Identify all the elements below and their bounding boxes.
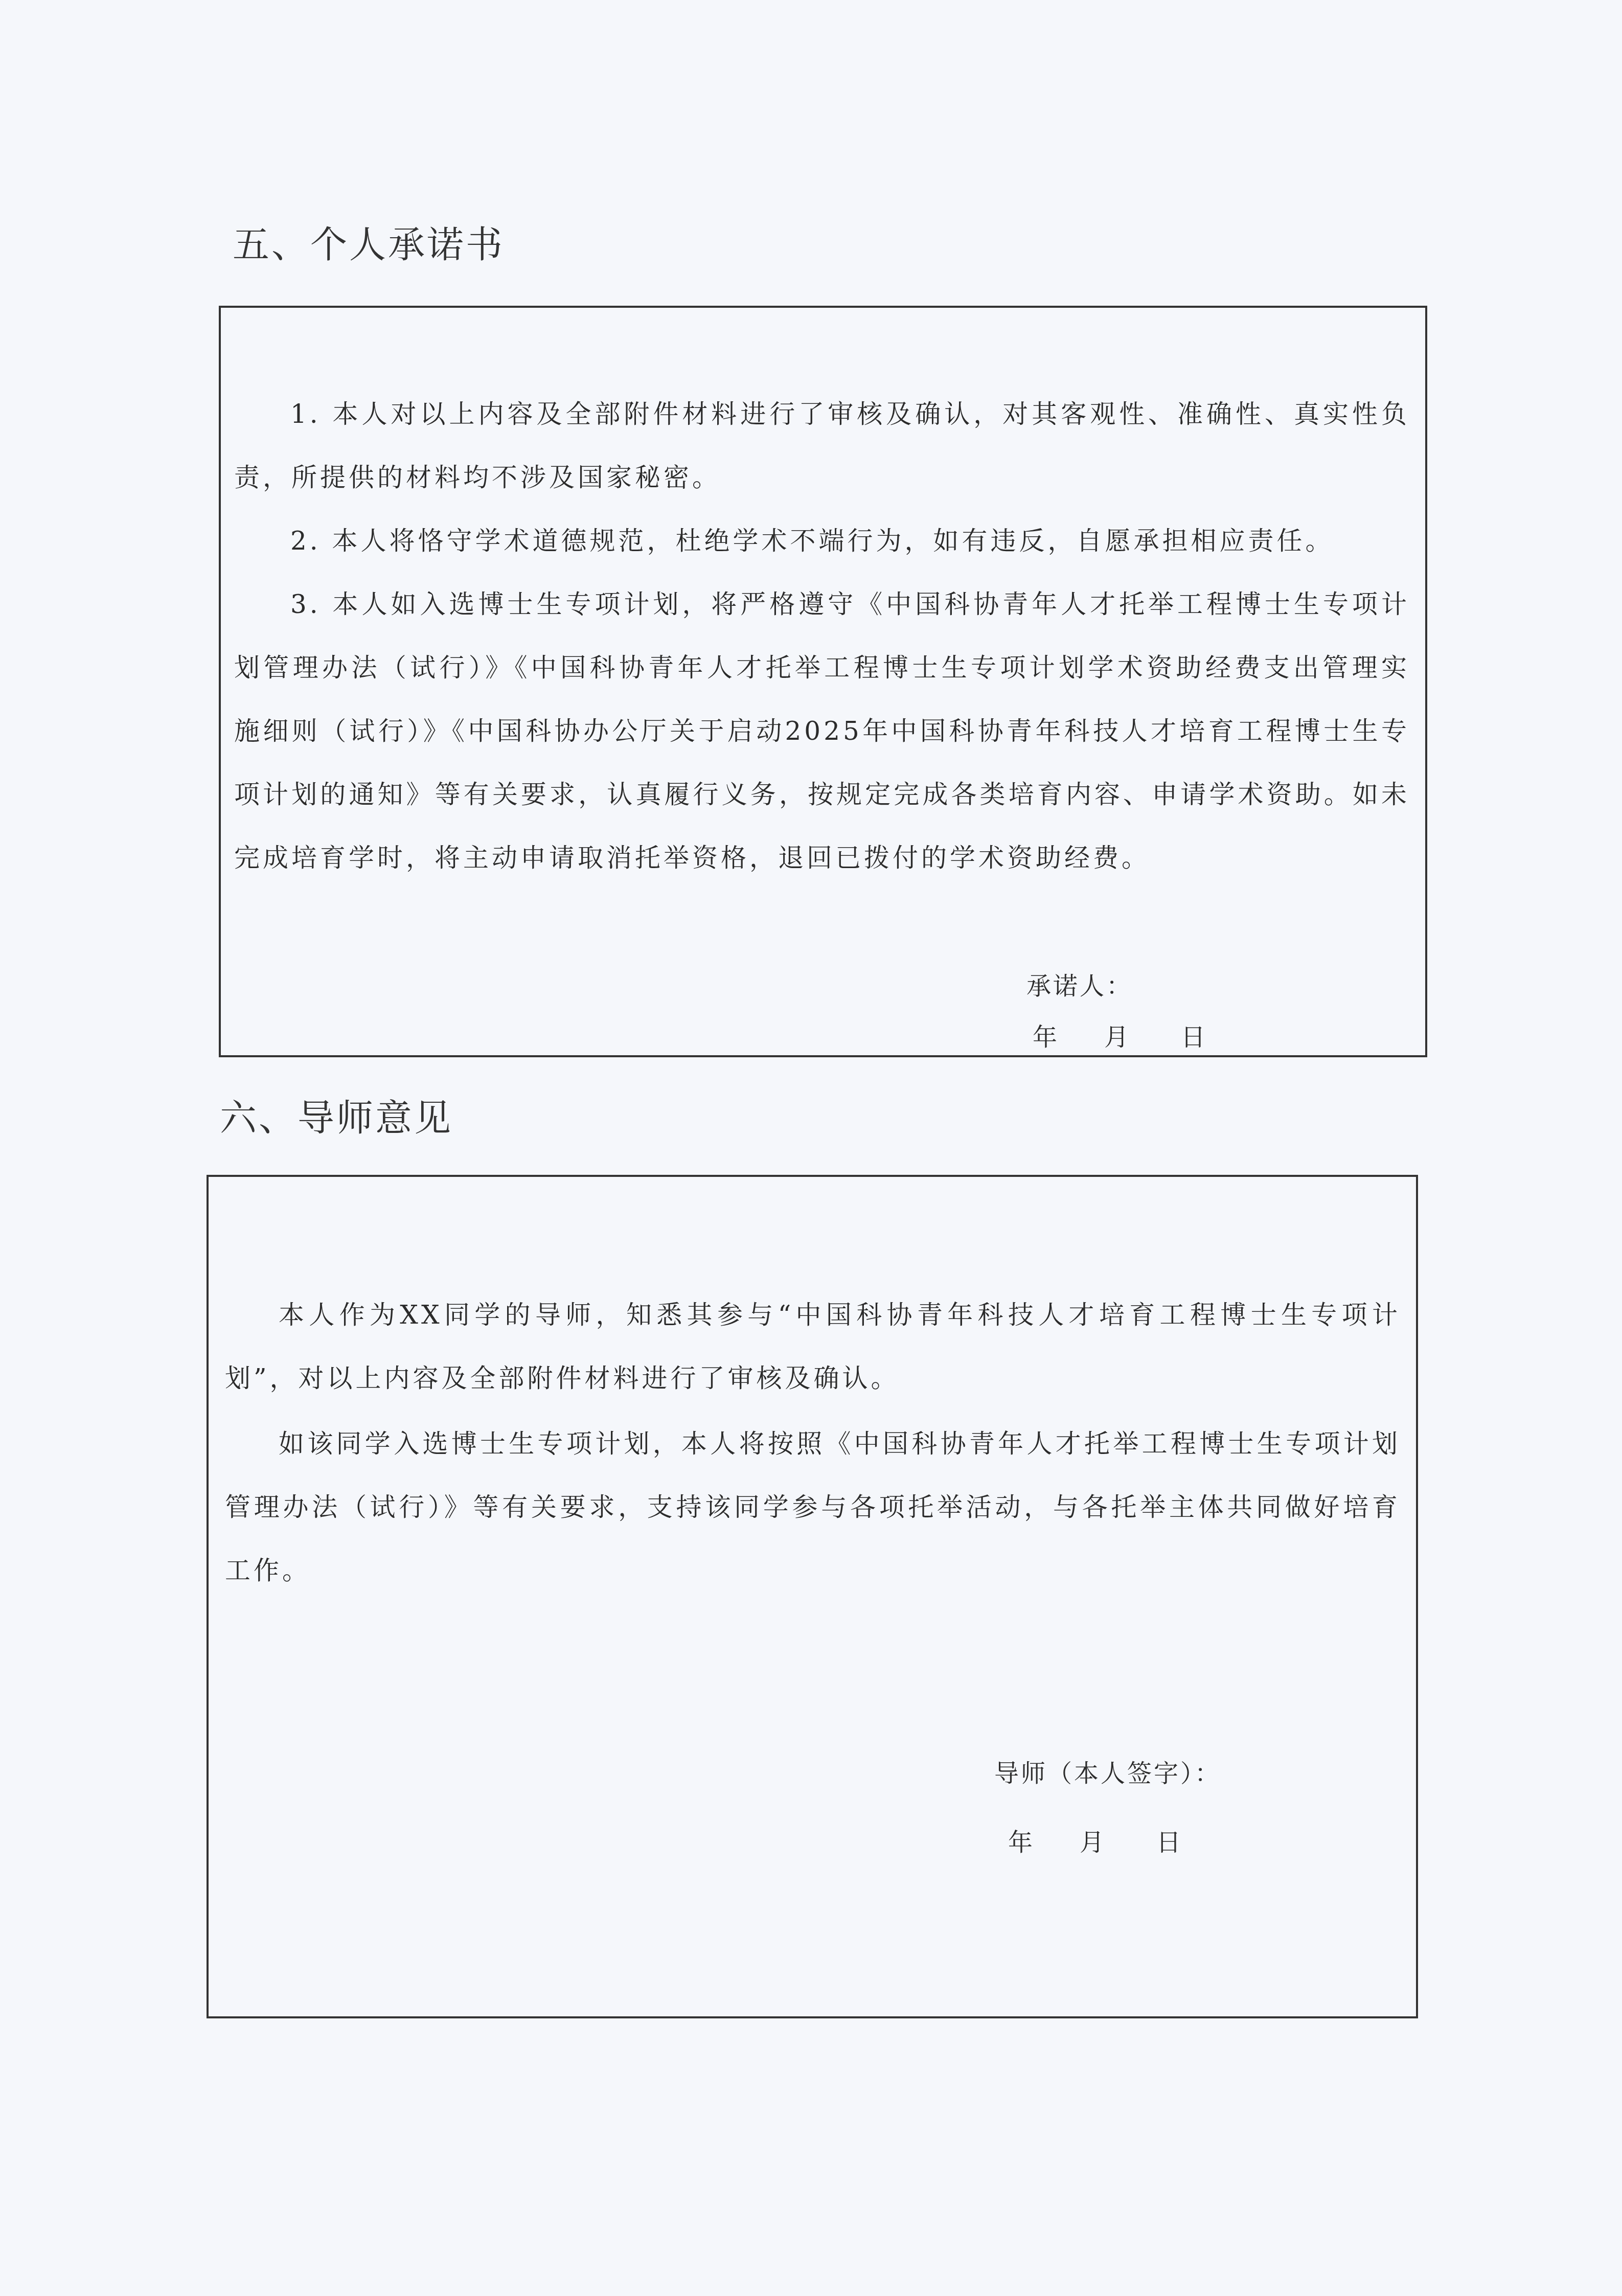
section-title-personal-commitment: 五、个人承诺书 <box>233 215 505 268</box>
supervisor-date: 年 月 日 <box>1008 1823 1181 1858</box>
commitment-paragraph-3: 3. 本人如入选博士生专项计划，将严格遵守《中国科协青年人才托举工程博士生专项计… <box>234 573 1410 890</box>
section-title-supervisor-opinion: 六、导师意见 <box>220 1088 453 1141</box>
supervisor-signature-label: 导师（本人签字）： <box>994 1754 1221 1789</box>
date-month: 月 <box>1080 1823 1156 1858</box>
supervisor-paragraph-1: 本人作为XX同学的导师，知悉其参与“中国科协青年科技人才培育工程博士生专项计划”… <box>225 1283 1401 1410</box>
commitment-signature-label: 承诺人： <box>1026 966 1133 1002</box>
commitment-date: 年 月 日 <box>1033 1017 1205 1053</box>
date-year: 年 <box>1033 1017 1104 1053</box>
commitment-paragraph-1: 1. 本人对以上内容及全部附件材料进行了审核及确认，对其客观性、准确性、真实性负… <box>234 382 1410 509</box>
date-day: 日 <box>1181 1017 1205 1053</box>
date-year: 年 <box>1008 1823 1080 1858</box>
supervisor-paragraph-2: 如该同学入选博士生专项计划，本人将按照《中国科协青年人才托举工程博士生专项计划管… <box>225 1412 1401 1602</box>
date-month: 月 <box>1104 1017 1181 1053</box>
date-day: 日 <box>1156 1823 1181 1858</box>
commitment-paragraph-2: 2. 本人将恪守学术道德规范，杜绝学术不端行为，如有违反，自愿承担相应责任。 <box>234 509 1410 573</box>
